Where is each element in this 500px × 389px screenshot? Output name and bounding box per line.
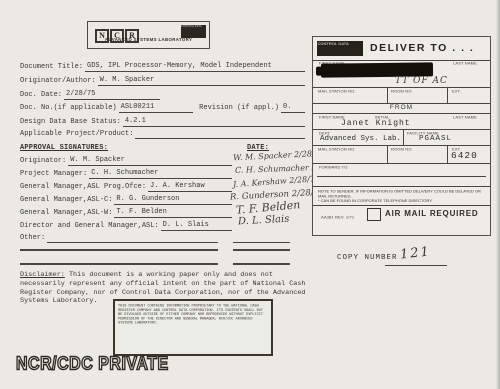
signature: D. L. Slais [238, 214, 290, 228]
design-data-base-status-value: 4.2.1 [123, 117, 305, 127]
from-name-value: Janet Knight [341, 119, 411, 128]
forward-to-label: FORWARD TO: [319, 165, 349, 170]
doc-no-label: Doc. No.(if applicable) [20, 104, 117, 113]
airmail-checkbox [367, 208, 381, 221]
ncr-cdc-private-marking: NCR/CDC PRIVATE [16, 355, 169, 376]
field-design-data-base-status: Design Data Base Status: 4.2.1 [20, 117, 305, 127]
approval-role: Project Manager: [20, 170, 87, 179]
approval-name: R. G. Gunderson [114, 195, 232, 205]
copy-number-value: 121 [399, 244, 431, 262]
blank-line [20, 249, 218, 251]
ext-label: EXT. [452, 89, 461, 94]
proprietary-stamp: This document contains information propr… [113, 299, 273, 356]
field-document-title: Document Title: GDS, IPL Processor-Memor… [20, 62, 305, 72]
other-label: Other: [20, 234, 45, 243]
approval-role: General Manager,ASL Prog.Ofce: [20, 183, 146, 192]
approval-name: T. F. Belden [114, 208, 232, 218]
revision-label: Revision (if appl.) [199, 104, 279, 113]
doc-date-value: 2/28/75 [64, 90, 160, 100]
approval-role: Originator: [20, 157, 66, 166]
approval-name: W. M. Spacker [68, 156, 232, 166]
approval-row: General Manager,ASL Prog.Ofce: J. A. Ker… [20, 182, 232, 192]
airmail-label: AIR MAIL REQUIRED [385, 209, 478, 218]
deliver-to-mail-label: CONTROL DATA DELIVER TO . . . FIRST NAME… [312, 36, 491, 236]
label-divider [447, 145, 448, 163]
label-divider [313, 87, 490, 88]
field-doc-no: Doc. No.(if applicable) ASL00211 Revisio… [20, 103, 305, 113]
note-line-2: * CAN BE FOUND IN CORPORATE TELEPHONE DI… [318, 199, 433, 204]
label-divider [387, 145, 388, 163]
applicable-project-label: Applicable Project/Product: [20, 130, 133, 139]
approval-name: C. H. Schumacher [89, 169, 232, 179]
approval-role: Director and General Manager,ASL: [20, 222, 159, 231]
label-divider [313, 163, 490, 164]
approval-name: J. A. Kershaw [148, 182, 232, 192]
label-divider [313, 186, 490, 187]
label-divider [313, 205, 490, 206]
ext-value: 6420 [451, 150, 478, 161]
approval-row: General Manager,ASL-C: R. G. Gunderson [20, 195, 232, 205]
label-divider [447, 87, 448, 103]
forward-blank-line [317, 176, 486, 177]
field-applicable-project: Applicable Project/Product: [20, 130, 305, 139]
approval-row: General Manager,ASL-W: T. F. Belden [20, 208, 232, 218]
label-form-number: AA381 REV. 1/71 [321, 215, 354, 220]
room-no-label-2: ROOM NO. [391, 147, 413, 152]
copy-number-label: COPY NUMBER [337, 254, 398, 262]
other-row: Other: [20, 234, 218, 243]
originator-author-value: W. M. Spacker [98, 76, 305, 86]
facility-value: PGAASL [419, 135, 452, 143]
copy-number-line [385, 265, 447, 266]
revision-value: 0. [281, 103, 305, 113]
approval-signatures-heading: APPROVAL SIGNATURES: [20, 144, 108, 152]
label-divider [403, 129, 404, 145]
control-data-logo-text: CONTROL DATA [317, 41, 340, 47]
label-divider [387, 87, 388, 103]
deliver-to-heading: DELIVER TO . . . [370, 42, 474, 54]
blank-date-line [233, 263, 290, 265]
handwritten-code: TT OF AC [395, 76, 448, 86]
from-last-name-label: LAST NAME [453, 115, 477, 120]
originator-author-label: Originator/Author: [20, 77, 96, 86]
dept-value: Advanced Sys. Lab. [320, 135, 401, 143]
applicable-project-value [135, 138, 305, 139]
document-title-label: Document Title: [20, 63, 83, 72]
note-to-sender: NOTE TO SENDER: IF INFORMATION IS OMITTE… [318, 189, 488, 203]
disclaimer-label: Disclaimer: [20, 271, 65, 279]
mail-station-label: MAIL STATION NO. [318, 89, 356, 94]
label-divider [313, 129, 490, 130]
approval-name: D. L. Slais [161, 221, 232, 231]
signature: J. A. Kershaw 2/28/75 [233, 174, 321, 189]
label-divider [313, 145, 490, 146]
proprietary-stamp-text: This document contains information propr… [118, 304, 268, 325]
approval-role: General Manager,ASL-C: [20, 196, 112, 205]
ncr-logo-box: NCR CONTROL DATA ADVANCED SYSTEMS LABORA… [87, 21, 210, 49]
doc-no-value: ASL00211 [119, 103, 194, 113]
corner-stamp-text: CONTROL DATA [181, 25, 192, 28]
approval-row: Project Manager: C. H. Schumacher [20, 169, 232, 179]
field-doc-date: Doc. Date: 2/28/75 [20, 90, 160, 100]
other-date-line [233, 242, 290, 243]
control-data-logo: CONTROL DATA [317, 41, 363, 56]
field-originator-author: Originator/Author: W. M. Spacker [20, 76, 305, 86]
scanned-document-page: NCR CONTROL DATA ADVANCED SYSTEMS LABORA… [0, 0, 500, 389]
doc-date-label: Doc. Date: [20, 91, 62, 100]
blank-line [20, 263, 218, 265]
document-title-value: GDS, IPL Processor-Memory, Model Indepen… [85, 62, 305, 72]
from-heading: FROM [313, 104, 490, 111]
room-no-label: ROOM NO. [391, 89, 413, 94]
lab-name: ADVANCED SYSTEMS LABORATORY [88, 37, 209, 42]
blank-date-line [233, 249, 290, 251]
note-line-1: NOTE TO SENDER: IF INFORMATION IS OMITTE… [318, 189, 481, 198]
mail-station-label-2: MAIL STATION NO. [318, 147, 356, 152]
approval-role: General Manager,ASL-W: [20, 209, 112, 218]
approval-row: Originator: W. M. Spacker [20, 156, 232, 166]
design-data-base-status-label: Design Data Base Status: [20, 118, 121, 127]
approval-row: Director and General Manager,ASL: D. L. … [20, 221, 232, 231]
label-divider [313, 113, 490, 114]
last-name-label: LAST NAME [453, 61, 477, 66]
